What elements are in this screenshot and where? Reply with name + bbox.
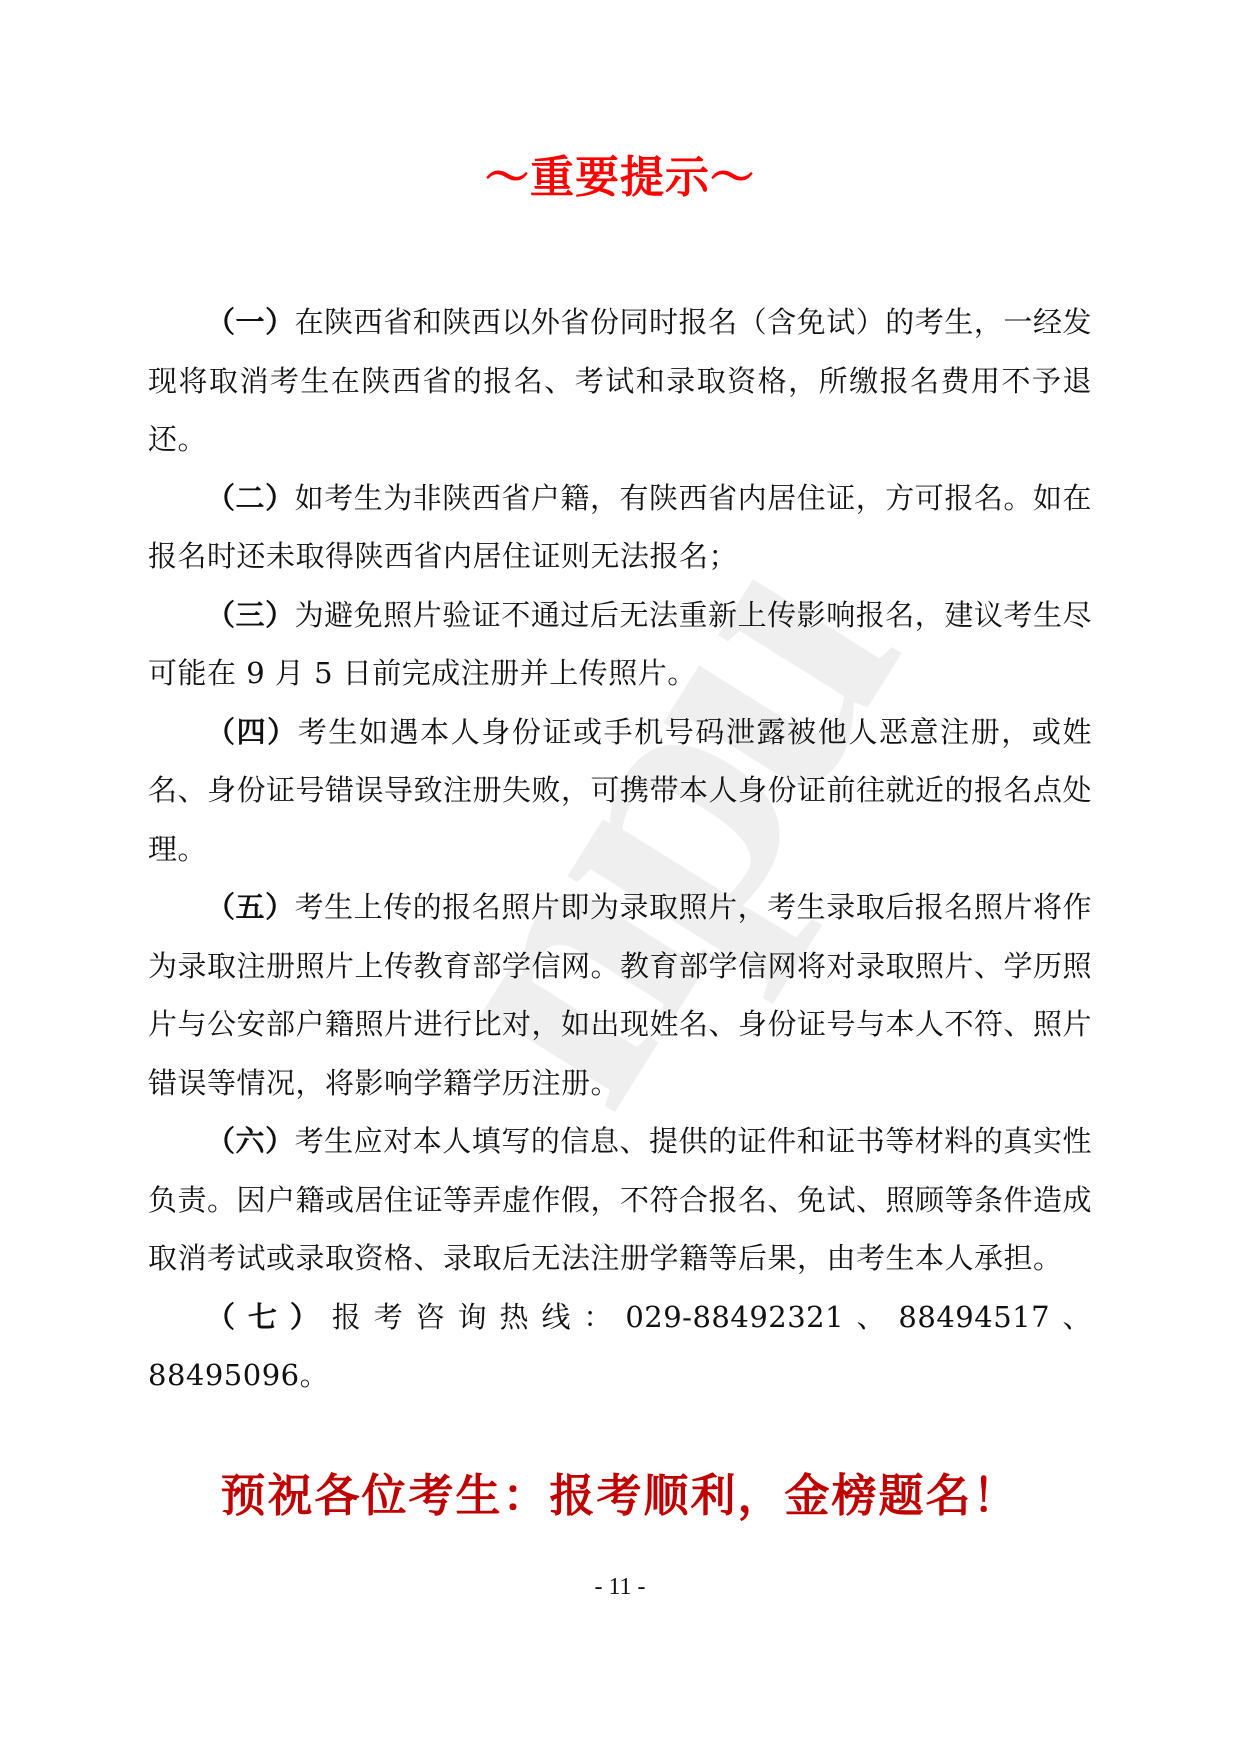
notice-item-6: （六）考生应对本人填写的信息、提供的证件和证书等材料的真实性负责。因户籍或居住证… (148, 1112, 1092, 1288)
closing-banner: 预祝各位考生：报考顺利，金榜题名！ (0, 1466, 1240, 1526)
item-number: （五） (206, 890, 295, 924)
item-number: （七） (206, 1300, 332, 1334)
item-number: （六） (206, 1124, 295, 1158)
notice-item-2: （二）如考生为非陕西省户籍，有陕西省内居住证，方可报名。如在报名时还未取得陕西省… (148, 469, 1092, 586)
page-title: ～重要提示～ (0, 150, 1240, 206)
item-number: （四） (206, 715, 298, 749)
notice-item-5: （五）考生上传的报名照片即为录取照片，考生录取后报名照片将作为录取注册照片上传教… (148, 878, 1092, 1112)
item-number: （一） (206, 305, 295, 339)
notice-item-3: （三）为避免照片验证不通过后无法重新上传影响报名，建议考生尽可能在 9 月 5 … (148, 586, 1092, 703)
notice-body: （一）在陕西省和陕西以外省份同时报名（含免试）的考生，一经发现将取消考生在陕西省… (148, 293, 1092, 1405)
item-number: （三） (206, 598, 295, 632)
notice-item-1: （一）在陕西省和陕西以外省份同时报名（含免试）的考生，一经发现将取消考生在陕西省… (148, 293, 1092, 469)
notice-item-4: （四）考生如遇本人身份证或手机号码泄露被他人恶意注册，或姓名、身份证号错误导致注… (148, 703, 1092, 879)
notice-item-7: （七）报考咨询热线：029-88492321、88494517、88495096… (148, 1288, 1092, 1405)
page-number: - 11 - (0, 1572, 1240, 1602)
item-number: （二） (206, 481, 295, 515)
